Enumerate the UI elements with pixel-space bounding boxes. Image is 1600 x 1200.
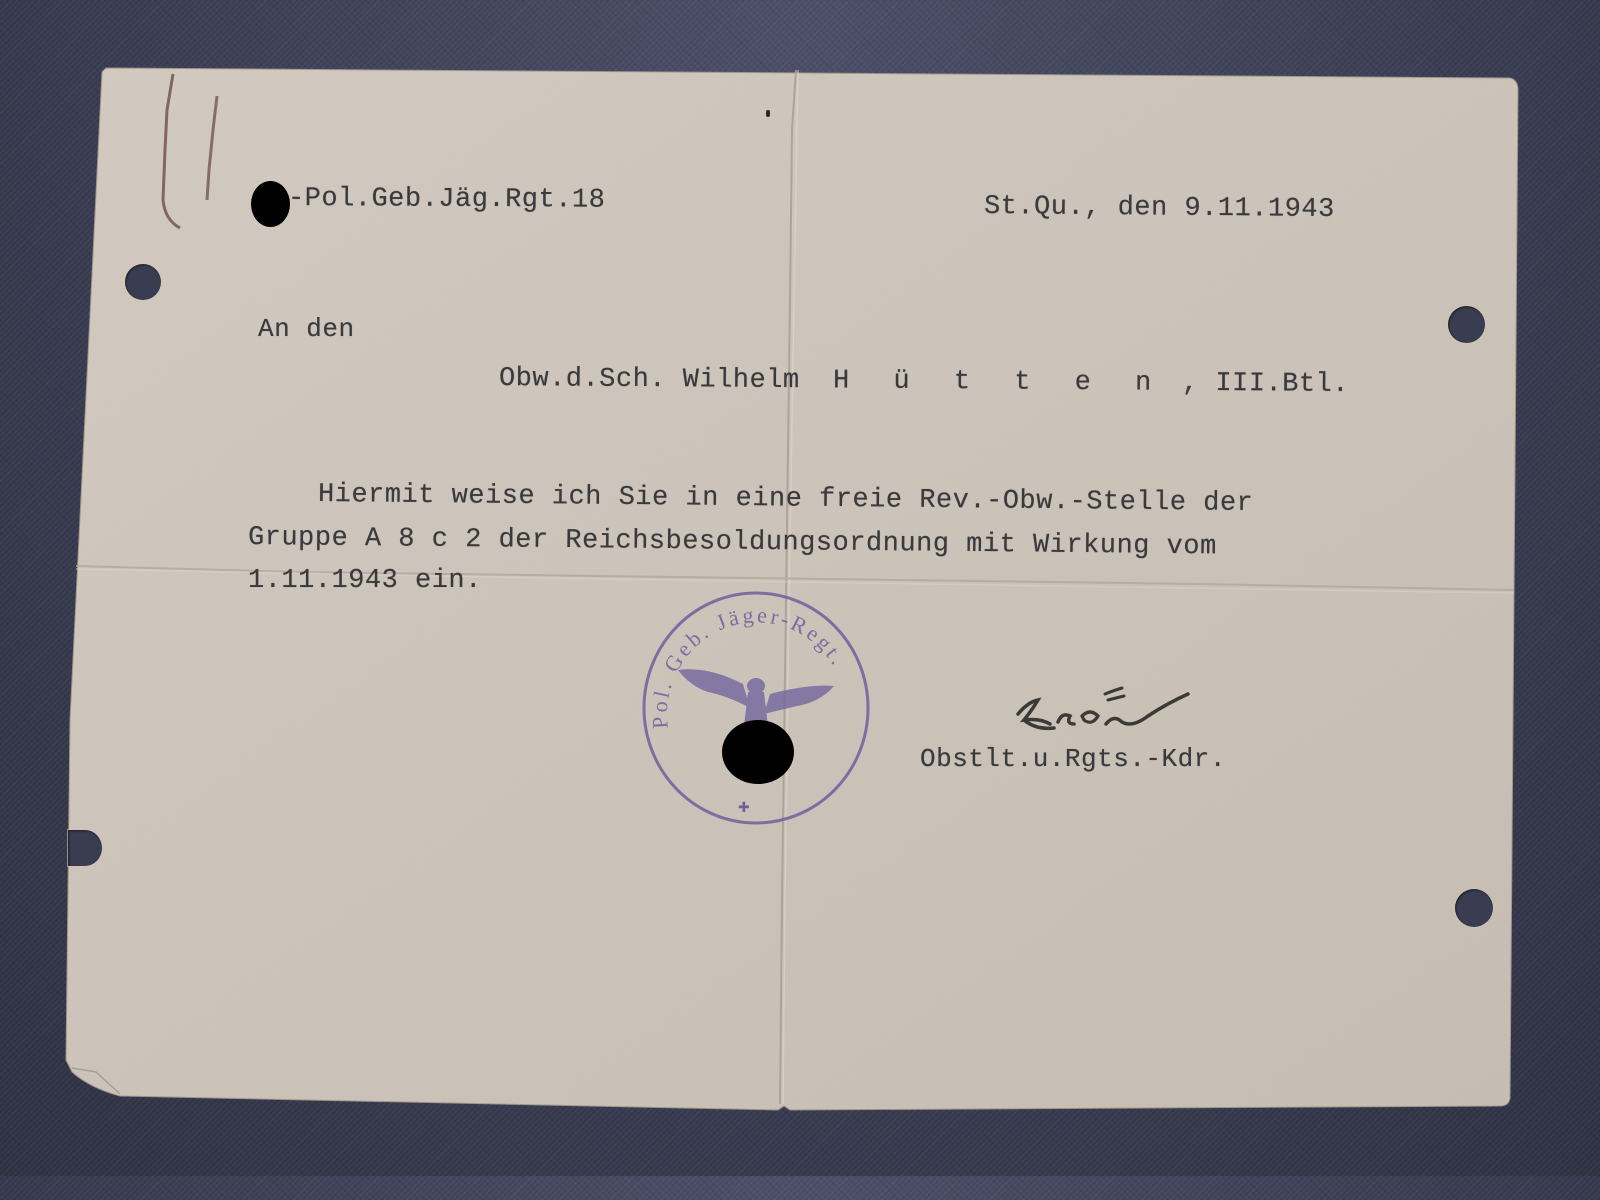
recipient-rank-name: Obw.d.Sch. Wilhelm bbox=[499, 364, 800, 396]
salutation: An den bbox=[258, 314, 355, 344]
place-date: St.Qu., den 9.11.1943 bbox=[984, 192, 1335, 225]
punch-hole-bottom-left bbox=[68, 830, 102, 866]
censor-dot-header bbox=[251, 181, 290, 227]
document-photo: -Pol.Geb.Jäg.Rgt.18 St.Qu., den 9.11.194… bbox=[0, 0, 1568, 1176]
punch-hole-top-right bbox=[1448, 306, 1485, 343]
recipient-unit: , III.Btl. bbox=[1182, 369, 1349, 400]
official-stamp: Pol. Geb. Jäger-Regt. ✚ bbox=[638, 588, 872, 828]
signatory-title: Obstlt.u.Rgts.-Kdr. bbox=[920, 744, 1226, 774]
punch-hole-bottom-right bbox=[1455, 889, 1493, 927]
recipient-line: Obw.d.Sch. Wilhelm H ü t t e n , III.Btl… bbox=[499, 364, 1349, 400]
ink-speck bbox=[766, 110, 770, 117]
handwritten-signature bbox=[1010, 672, 1200, 742]
sender-unit: -Pol.Geb.Jäg.Rgt.18 bbox=[288, 184, 606, 216]
staple-marks bbox=[155, 70, 225, 240]
recipient-surname: H ü t t e n bbox=[833, 366, 1165, 398]
punch-hole-top-left bbox=[125, 264, 161, 300]
stamp-star-icon: ✚ bbox=[738, 801, 750, 816]
body-line-3: 1.11.1943 ein. bbox=[248, 566, 482, 596]
censor-dot-stamp bbox=[722, 720, 794, 784]
